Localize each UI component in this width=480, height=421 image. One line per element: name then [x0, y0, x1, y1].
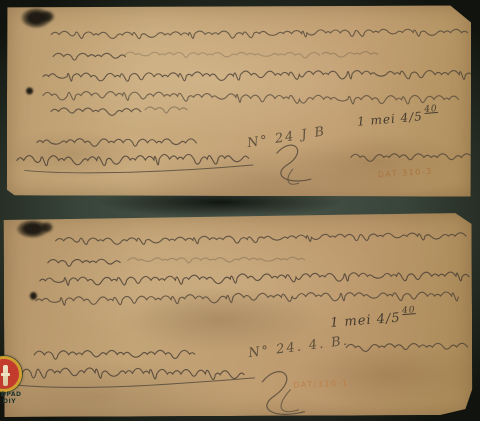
date-superscript: 40: [402, 305, 416, 316]
date-superscript: 40: [424, 104, 438, 115]
document-top: 1 mei 4/540 N° 24 J B DAT 310-3: [7, 4, 471, 196]
document-bottom: 1 mei 4/540 N° 24. 4. B. DAT/310-1: [4, 213, 473, 417]
archival-scan: 1 mei 4/540 N° 24 J B DAT 310-3 1 mei 4/…: [0, 0, 480, 421]
